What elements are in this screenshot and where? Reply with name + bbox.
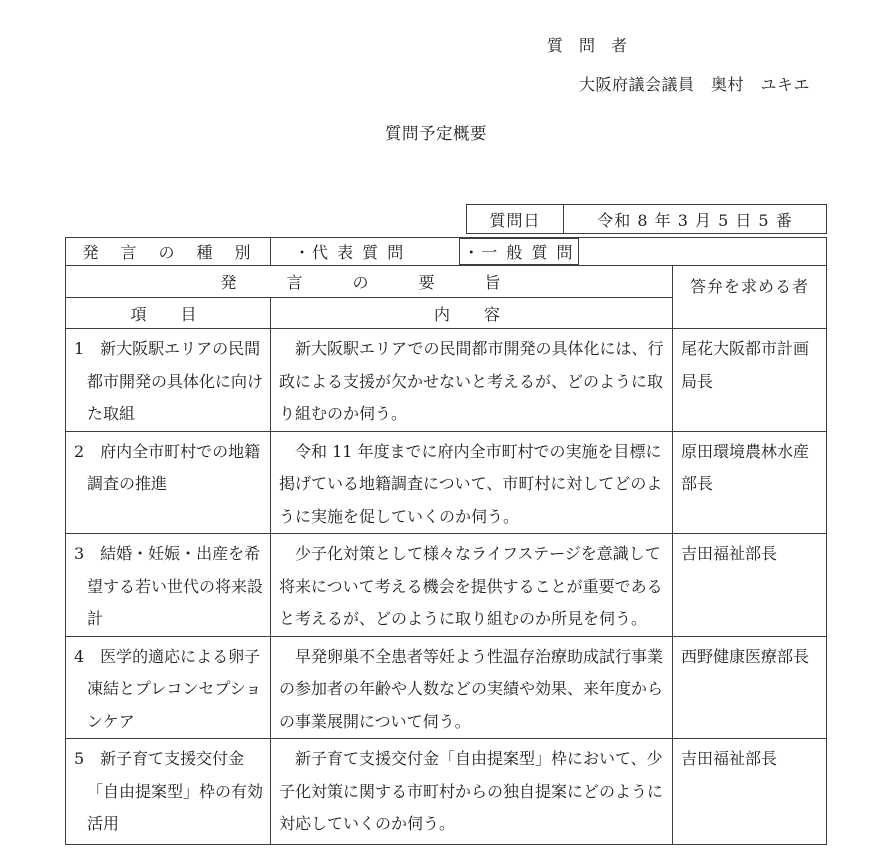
row-item-text: 1 新大阪駅エリアの民間都市開発の具体化に向けた取組	[74, 333, 266, 431]
questioner-name: 大阪府議会議員 奥村 ユキエ	[579, 72, 810, 95]
questioner-label: 質 問 者	[547, 33, 627, 56]
row-item-cell: 1 新大阪駅エリアの民間都市開発の具体化に向けた取組	[66, 329, 271, 432]
row-content-text: 令和 11 年度までに府内全市町村での実施を目標に掲げている地籍調査について、市…	[279, 436, 666, 534]
row-answerer-cell: 吉田福祉部長	[673, 739, 827, 845]
row-content-cell: 少子化対策として様々なライフステージを意識して将来について考える機会を提供するこ…	[271, 534, 673, 637]
row-answerer-cell: 吉田福祉部長	[673, 534, 827, 637]
question-date-row: 質問日 令和 8 年 3 月 5 日 5 番	[467, 205, 827, 234]
statement-type-options: ・代 表 質 問 ・一 般 質 問	[271, 238, 827, 266]
row-answerer-cell: 西野健康医療部長	[673, 636, 827, 739]
statement-type-options-inner: ・代 表 質 問 ・一 般 質 問	[271, 238, 826, 265]
content-column-header: 内 容	[271, 298, 673, 329]
table-row: 1 新大阪駅エリアの民間都市開発の具体化に向けた取組 新大阪駅エリアでの民間都市…	[66, 329, 827, 432]
row-item-cell: 2 府内全市町村での地籍調査の推進	[66, 431, 271, 534]
row-content-text: 少子化対策として様々なライフステージを意識して将来について考える機会を提供するこ…	[279, 538, 666, 636]
document-page: 質 問 者 大阪府議会議員 奥村 ユキエ 質問予定概要 質問日 令和 8 年 3…	[0, 0, 876, 848]
answerer-column-header: 答弁を求める者	[673, 266, 827, 329]
table-row: 3 結婚・妊娠・出産を希望する若い世代の将来設計 少子化対策として様々なライフス…	[66, 534, 827, 637]
question-date-label: 質問日	[467, 205, 564, 234]
summary-header-row: 発 言 の 要 旨 答弁を求める者	[66, 266, 827, 298]
table-row: 5 新子育て支援交付金「自由提案型」枠の有効活用 新子育て支援交付金「自由提案型…	[66, 739, 827, 845]
table-row: 2 府内全市町村での地籍調査の推進 令和 11 年度までに府内全市町村での実施を…	[66, 431, 827, 534]
row-content-text: 新大阪駅エリアでの民間都市開発の具体化には、行政による支援が欠かせないと考えるが…	[279, 333, 666, 431]
item-column-header: 項 目	[66, 298, 271, 329]
row-content-text: 新子育て支援交付金「自由提案型」枠において、少子化対策に関する市町村からの独自提…	[279, 743, 666, 841]
question-date-table: 質問日 令和 8 年 3 月 5 日 5 番	[466, 204, 827, 234]
row-item-text: 3 結婚・妊娠・出産を希望する若い世代の将来設計	[74, 538, 266, 636]
row-item-cell: 5 新子育て支援交付金「自由提案型」枠の有効活用	[66, 739, 271, 845]
type-representative-option: ・代 表 質 問	[294, 240, 405, 263]
row-content-text: 早発卵巣不全患者等妊よう性温存治療助成試行事業の参加者の年齢や人数などの実績や効…	[279, 641, 666, 739]
row-content-cell: 早発卵巣不全患者等妊よう性温存治療助成試行事業の参加者の年齢や人数などの実績や効…	[271, 636, 673, 739]
row-item-text: 4 医学的適応による卵子凍結とプレコンセプションケア	[74, 641, 266, 739]
row-content-cell: 令和 11 年度までに府内全市町村での実施を目標に掲げている地籍調査について、市…	[271, 431, 673, 534]
row-content-cell: 新子育て支援交付金「自由提案型」枠において、少子化対策に関する市町村からの独自提…	[271, 739, 673, 845]
question-summary-table: 発 言 の 種 別 ・代 表 質 問 ・一 般 質 問 発 言 の 要 旨 答弁…	[65, 237, 827, 845]
table-row: 4 医学的適応による卵子凍結とプレコンセプションケア 早発卵巣不全患者等妊よう性…	[66, 636, 827, 739]
row-content-cell: 新大阪駅エリアでの民間都市開発の具体化には、行政による支援が欠かせないと考えるが…	[271, 329, 673, 432]
statement-type-row: 発 言 の 種 別 ・代 表 質 問 ・一 般 質 問	[66, 238, 827, 266]
row-item-cell: 4 医学的適応による卵子凍結とプレコンセプションケア	[66, 636, 271, 739]
row-answerer-cell: 原田環境農林水産部長	[673, 431, 827, 534]
statement-type-label: 発 言 の 種 別	[66, 238, 271, 266]
summary-label: 発 言 の 要 旨	[66, 266, 673, 298]
row-answerer-cell: 尾花大阪都市計画局長	[673, 329, 827, 432]
page-title: 質問予定概要	[385, 120, 487, 144]
row-item-cell: 3 結婚・妊娠・出産を希望する若い世代の将来設計	[66, 534, 271, 637]
question-date-value: 令和 8 年 3 月 5 日 5 番	[564, 205, 827, 234]
row-item-text: 2 府内全市町村での地籍調査の推進	[74, 436, 266, 501]
row-item-text: 5 新子育て支援交付金「自由提案型」枠の有効活用	[74, 743, 266, 841]
type-general-option-selected: ・一 般 質 問	[459, 238, 578, 265]
